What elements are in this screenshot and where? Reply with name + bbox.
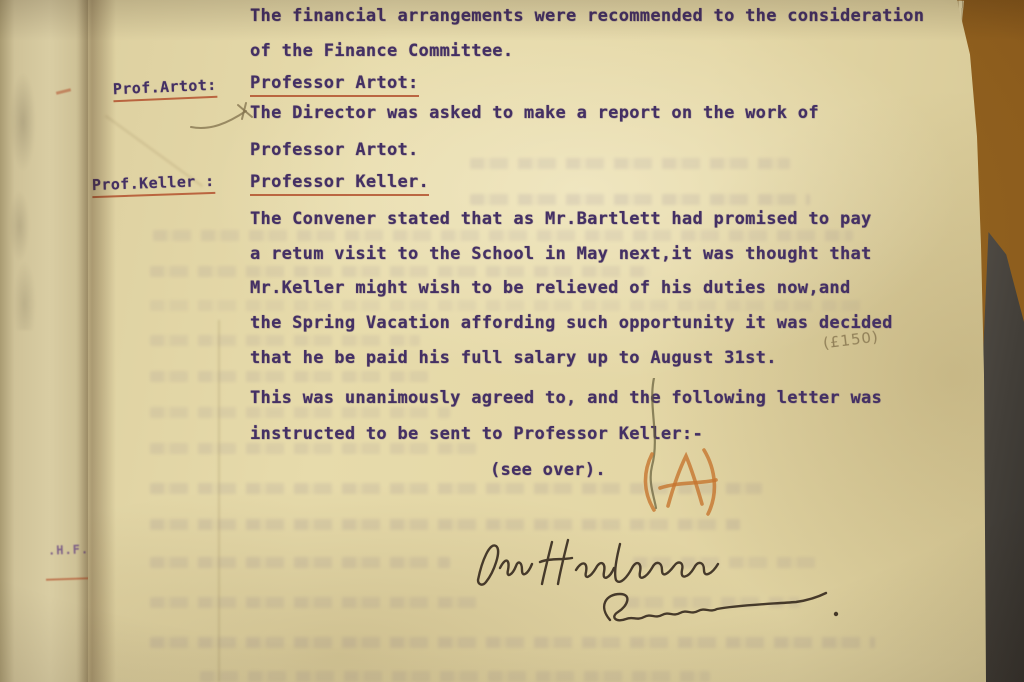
orange-letter-A-mark: [640, 446, 722, 518]
bleedthrough-line: [150, 597, 480, 608]
red-tick-mark: [56, 88, 71, 95]
bleedthrough-line: [200, 671, 710, 682]
bleedthrough-line: [150, 335, 420, 346]
typed-line: The financial arrangements were recommen…: [250, 6, 924, 26]
book-gutter-shadow: [76, 0, 116, 682]
bleedthrough-line: [150, 266, 650, 277]
typed-line: a retum visit to the School in May next,…: [250, 244, 872, 264]
typed-heading-keller: Professor Keller.: [250, 172, 429, 196]
pencil-smudges: [6, 70, 40, 330]
typed-line: Mr.Keller might wish to be relieved of h…: [250, 278, 851, 298]
bleedthrough-line: [150, 519, 740, 530]
typed-line: that he be paid his full salary up to Au…: [250, 348, 777, 368]
typed-line-see-over: (see over).: [490, 460, 606, 480]
bleedthrough-line: [150, 407, 450, 418]
bleedthrough-line: [150, 371, 435, 382]
bleedthrough-line: [470, 158, 790, 169]
signature-john-henderson: John Henderson: [460, 530, 860, 630]
typed-line: the Spring Vacation affording such oppor…: [250, 313, 893, 333]
typed-line: instructed to be sent to Professor Kelle…: [250, 424, 703, 444]
typed-line: This was unanimously agreed to, and the …: [250, 388, 882, 408]
bleedthrough-line: [150, 557, 450, 568]
typed-line: Professor Artot.: [250, 140, 419, 160]
bleedthrough-line: [153, 230, 853, 241]
typewritten-page: Prof.Artot: Prof.Keller : The financial …: [88, 0, 988, 682]
typed-line: of the Finance Committee.: [250, 41, 513, 61]
typed-line: The Convener stated that as Mr.Bartlett …: [250, 209, 872, 229]
bleedthrough-line: [150, 300, 870, 311]
margin-note-prof-artot: Prof.Artot:: [113, 76, 218, 103]
bleedthrough-line: [150, 443, 485, 454]
bleedthrough-line: [150, 637, 875, 648]
bleedthrough-line: [470, 194, 810, 205]
pencil-arrow-mark: [188, 100, 258, 134]
typed-line: The Director was asked to make a report …: [250, 103, 819, 123]
svg-text:John Henderson: John Henderson: [460, 530, 595, 534]
photo-of-minute-book-page: .H.F. Prof.Artot: Prof.Keller : The fina…: [0, 0, 1024, 682]
typed-heading-artot: Professor Artot:: [250, 73, 419, 97]
